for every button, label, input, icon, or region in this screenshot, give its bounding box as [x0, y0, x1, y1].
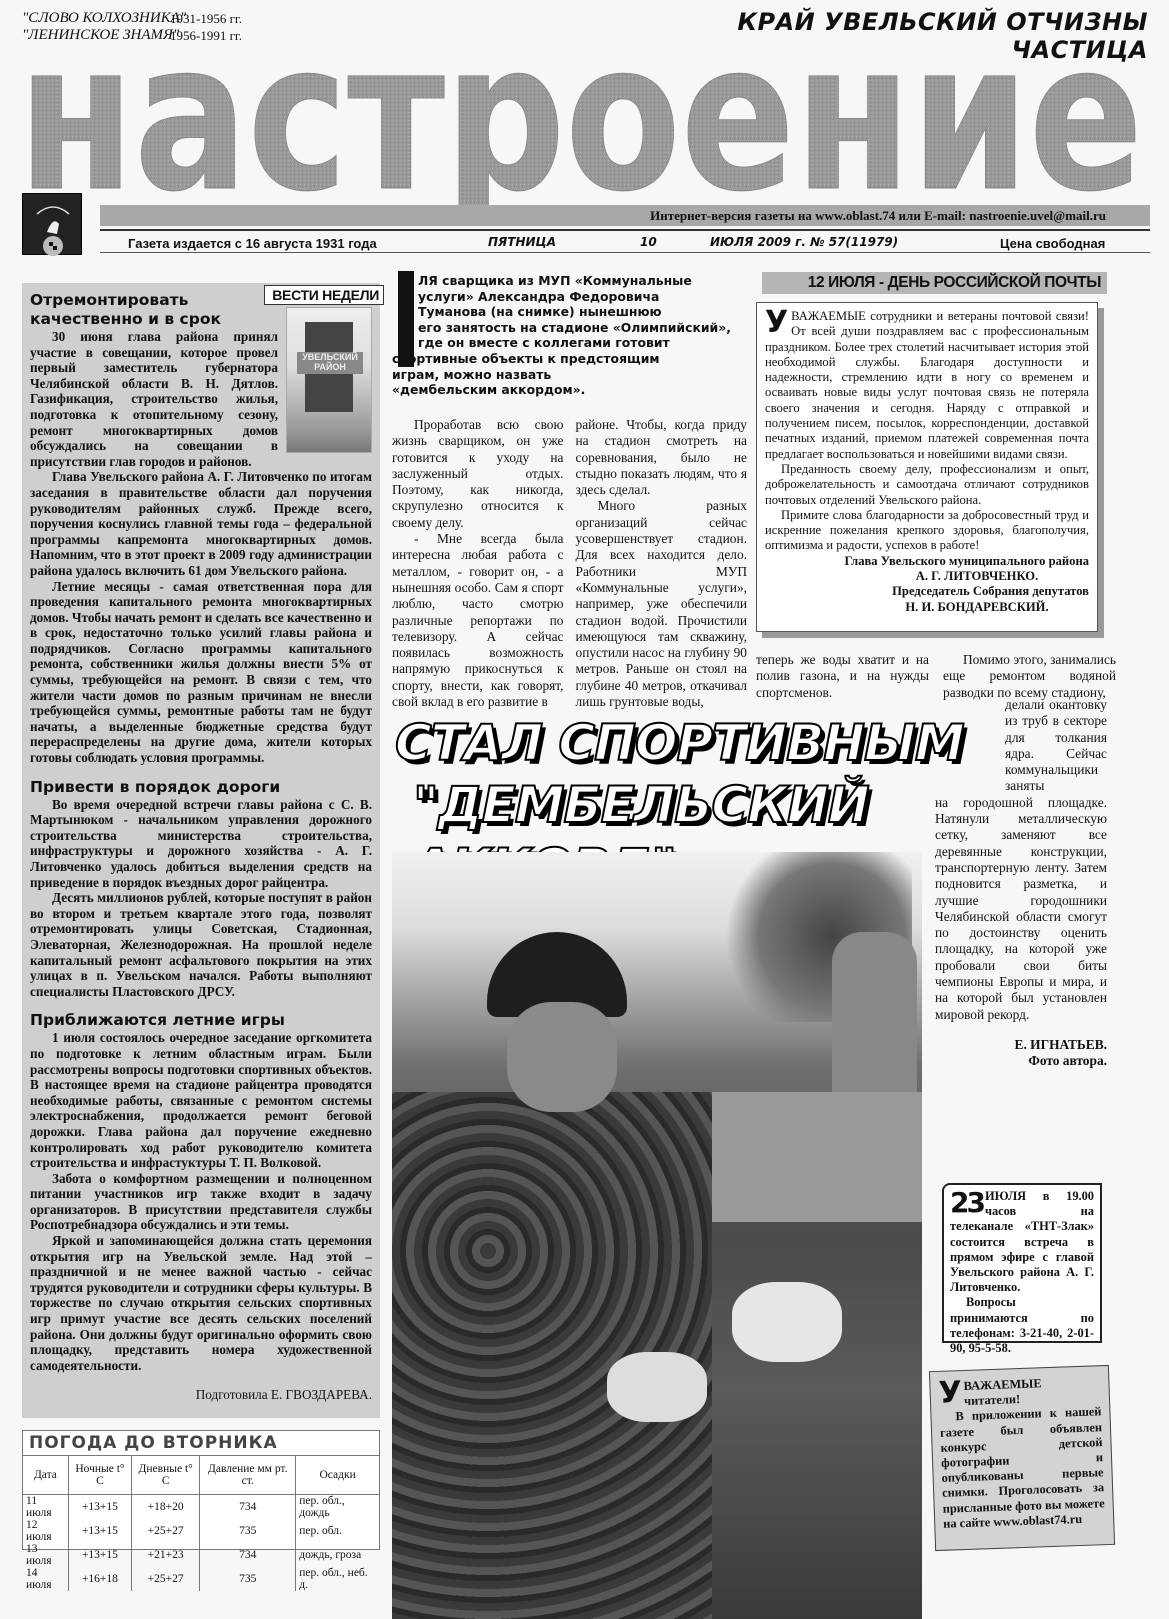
- signature-name: Н. И. БОНДАРЕВСКИЙ.: [765, 600, 1089, 615]
- post-day-header: 12 ИЮЛЯ - ДЕНЬ РОССИЙСКОЙ ПОЧТЫ: [762, 272, 1107, 294]
- col-header: Дневные t° C: [132, 1456, 200, 1494]
- divider: [100, 229, 1150, 231]
- col-header: Давление мм рт. ст.: [200, 1456, 296, 1494]
- feature-body: Проработав всю свою жизнь сварщиком, он …: [392, 417, 747, 707]
- col-header: Осадки: [296, 1456, 379, 1494]
- col-header: Дата: [23, 1456, 68, 1494]
- article-paragraph: Глава Увельского района А. Г. Литовченко…: [30, 469, 372, 578]
- issue-number: ИЮЛЯ 2009 г. № 57(11979): [710, 235, 898, 249]
- article-paragraph: Яркой и запоминающейся должна стать цере…: [30, 1233, 372, 1373]
- website-email-bar: Интернет-версия газеты на www.oblast.74 …: [100, 205, 1150, 226]
- district-emblem: [22, 193, 82, 255]
- article-paragraph: Забота о комфортном размещении и полноце…: [30, 1171, 372, 1233]
- drop-cap: У: [765, 309, 788, 337]
- newspaper-logo: настроение: [14, 38, 1149, 208]
- article-title: Приближаются летние игры: [30, 1011, 372, 1030]
- article-paragraph: 1 июля состоялось очередное заседание ор…: [30, 1030, 372, 1170]
- article-title: Привести в порядок дороги: [30, 778, 372, 797]
- photo-credit: Фото автора.: [935, 1053, 1107, 1069]
- article-paragraph: Во время очередной встречи главы района …: [30, 797, 372, 891]
- table-row: 14 июля+16+18+25+27735пер. обл., неб. д.: [23, 1567, 379, 1591]
- text-column: Проработав всю свою жизнь сварщиком, он …: [392, 417, 564, 707]
- weather-table: Дата Ночные t° C Дневные t° C Давление м…: [23, 1456, 379, 1591]
- issue-day: 10: [640, 235, 657, 249]
- phone-numbers: Вопросы принимаются по телефонам: 3-21-4…: [950, 1295, 1094, 1356]
- logo-text: настроение: [18, 38, 1143, 208]
- text-column: Помимо этого, занимались еще ремонтом во…: [943, 652, 1116, 701]
- text-column: теперь же воды хватит и на полив газона,…: [756, 652, 929, 701]
- district-sign-photo: УВЕЛЬСКИЙ РАЙОН: [286, 307, 372, 453]
- table-row: 12 июля+13+15+25+27735пер. обл.: [23, 1519, 379, 1543]
- weather-forecast: ПОГОДА ДО ВТОРНИКА Дата Ночные t° C Днев…: [22, 1430, 380, 1550]
- feature-body-continued: теперь же воды хватит и на полив газона,…: [756, 652, 1116, 701]
- text-column: районе. Чтобы, когда приду на стадион см…: [576, 417, 748, 707]
- post-day-greeting: УВАЖАЕМЫЕ сотрудники и ветераны почтовой…: [756, 302, 1098, 632]
- byline: Подготовила Е. ГВОЗДАРЕВА.: [30, 1387, 372, 1403]
- price: Цена свободная: [1000, 236, 1105, 251]
- signature-role: Председатель Собрания депутатов: [765, 584, 1089, 599]
- weather-title: ПОГОДА ДО ВТОРНИКА: [23, 1431, 379, 1456]
- news-of-week-column: ВЕСТИ НЕДЕЛИ УВЕЛЬСКИЙ РАЙОН Отремонтиро…: [22, 283, 380, 1418]
- signature-role: Глава Увельского муниципального района: [765, 554, 1089, 569]
- table-row: 11 июля+13+15+18+20734пер. обл., дождь: [23, 1494, 379, 1519]
- feature-body-wrap: делали окантовку из труб в секторе для т…: [935, 697, 1107, 1070]
- article-paragraph: Летние месяцы - самая ответственная пора…: [30, 579, 372, 766]
- readers-notice: УВАЖАЕМЫЕ читатели! В приложении к нашей…: [929, 1365, 1115, 1551]
- drop-cap: У: [938, 1379, 962, 1408]
- table-row: 13 июля+13+15+21+23734дождь, гроза: [23, 1543, 379, 1567]
- tv-broadcast-notice: 23ИЮЛЯ в 19.00 часов на телеканале «ТНТ-…: [942, 1183, 1102, 1343]
- col-header: Ночные t° C: [68, 1456, 131, 1494]
- feature-lead: ЛЯ сварщика из МУП «Коммунальные услуги»…: [392, 273, 742, 398]
- issue-weekday: ПЯТНИЦА: [488, 235, 556, 249]
- section-tag: ВЕСТИ НЕДЕЛИ: [264, 285, 384, 305]
- welder-photo: [392, 852, 922, 1619]
- signature-name: А. Г. ЛИТОВЧЕНКО.: [765, 569, 1089, 584]
- sign-label: УВЕЛЬСКИЙ РАЙОН: [297, 352, 363, 374]
- divider: [100, 252, 1150, 253]
- published-since: Газета издается с 16 августа 1931 года: [128, 236, 377, 251]
- date-number: 23: [950, 1189, 983, 1217]
- author: Е. ИГНАТЬЕВ.: [935, 1037, 1107, 1053]
- article-paragraph: Десять миллионов рублей, которые поступя…: [30, 890, 372, 999]
